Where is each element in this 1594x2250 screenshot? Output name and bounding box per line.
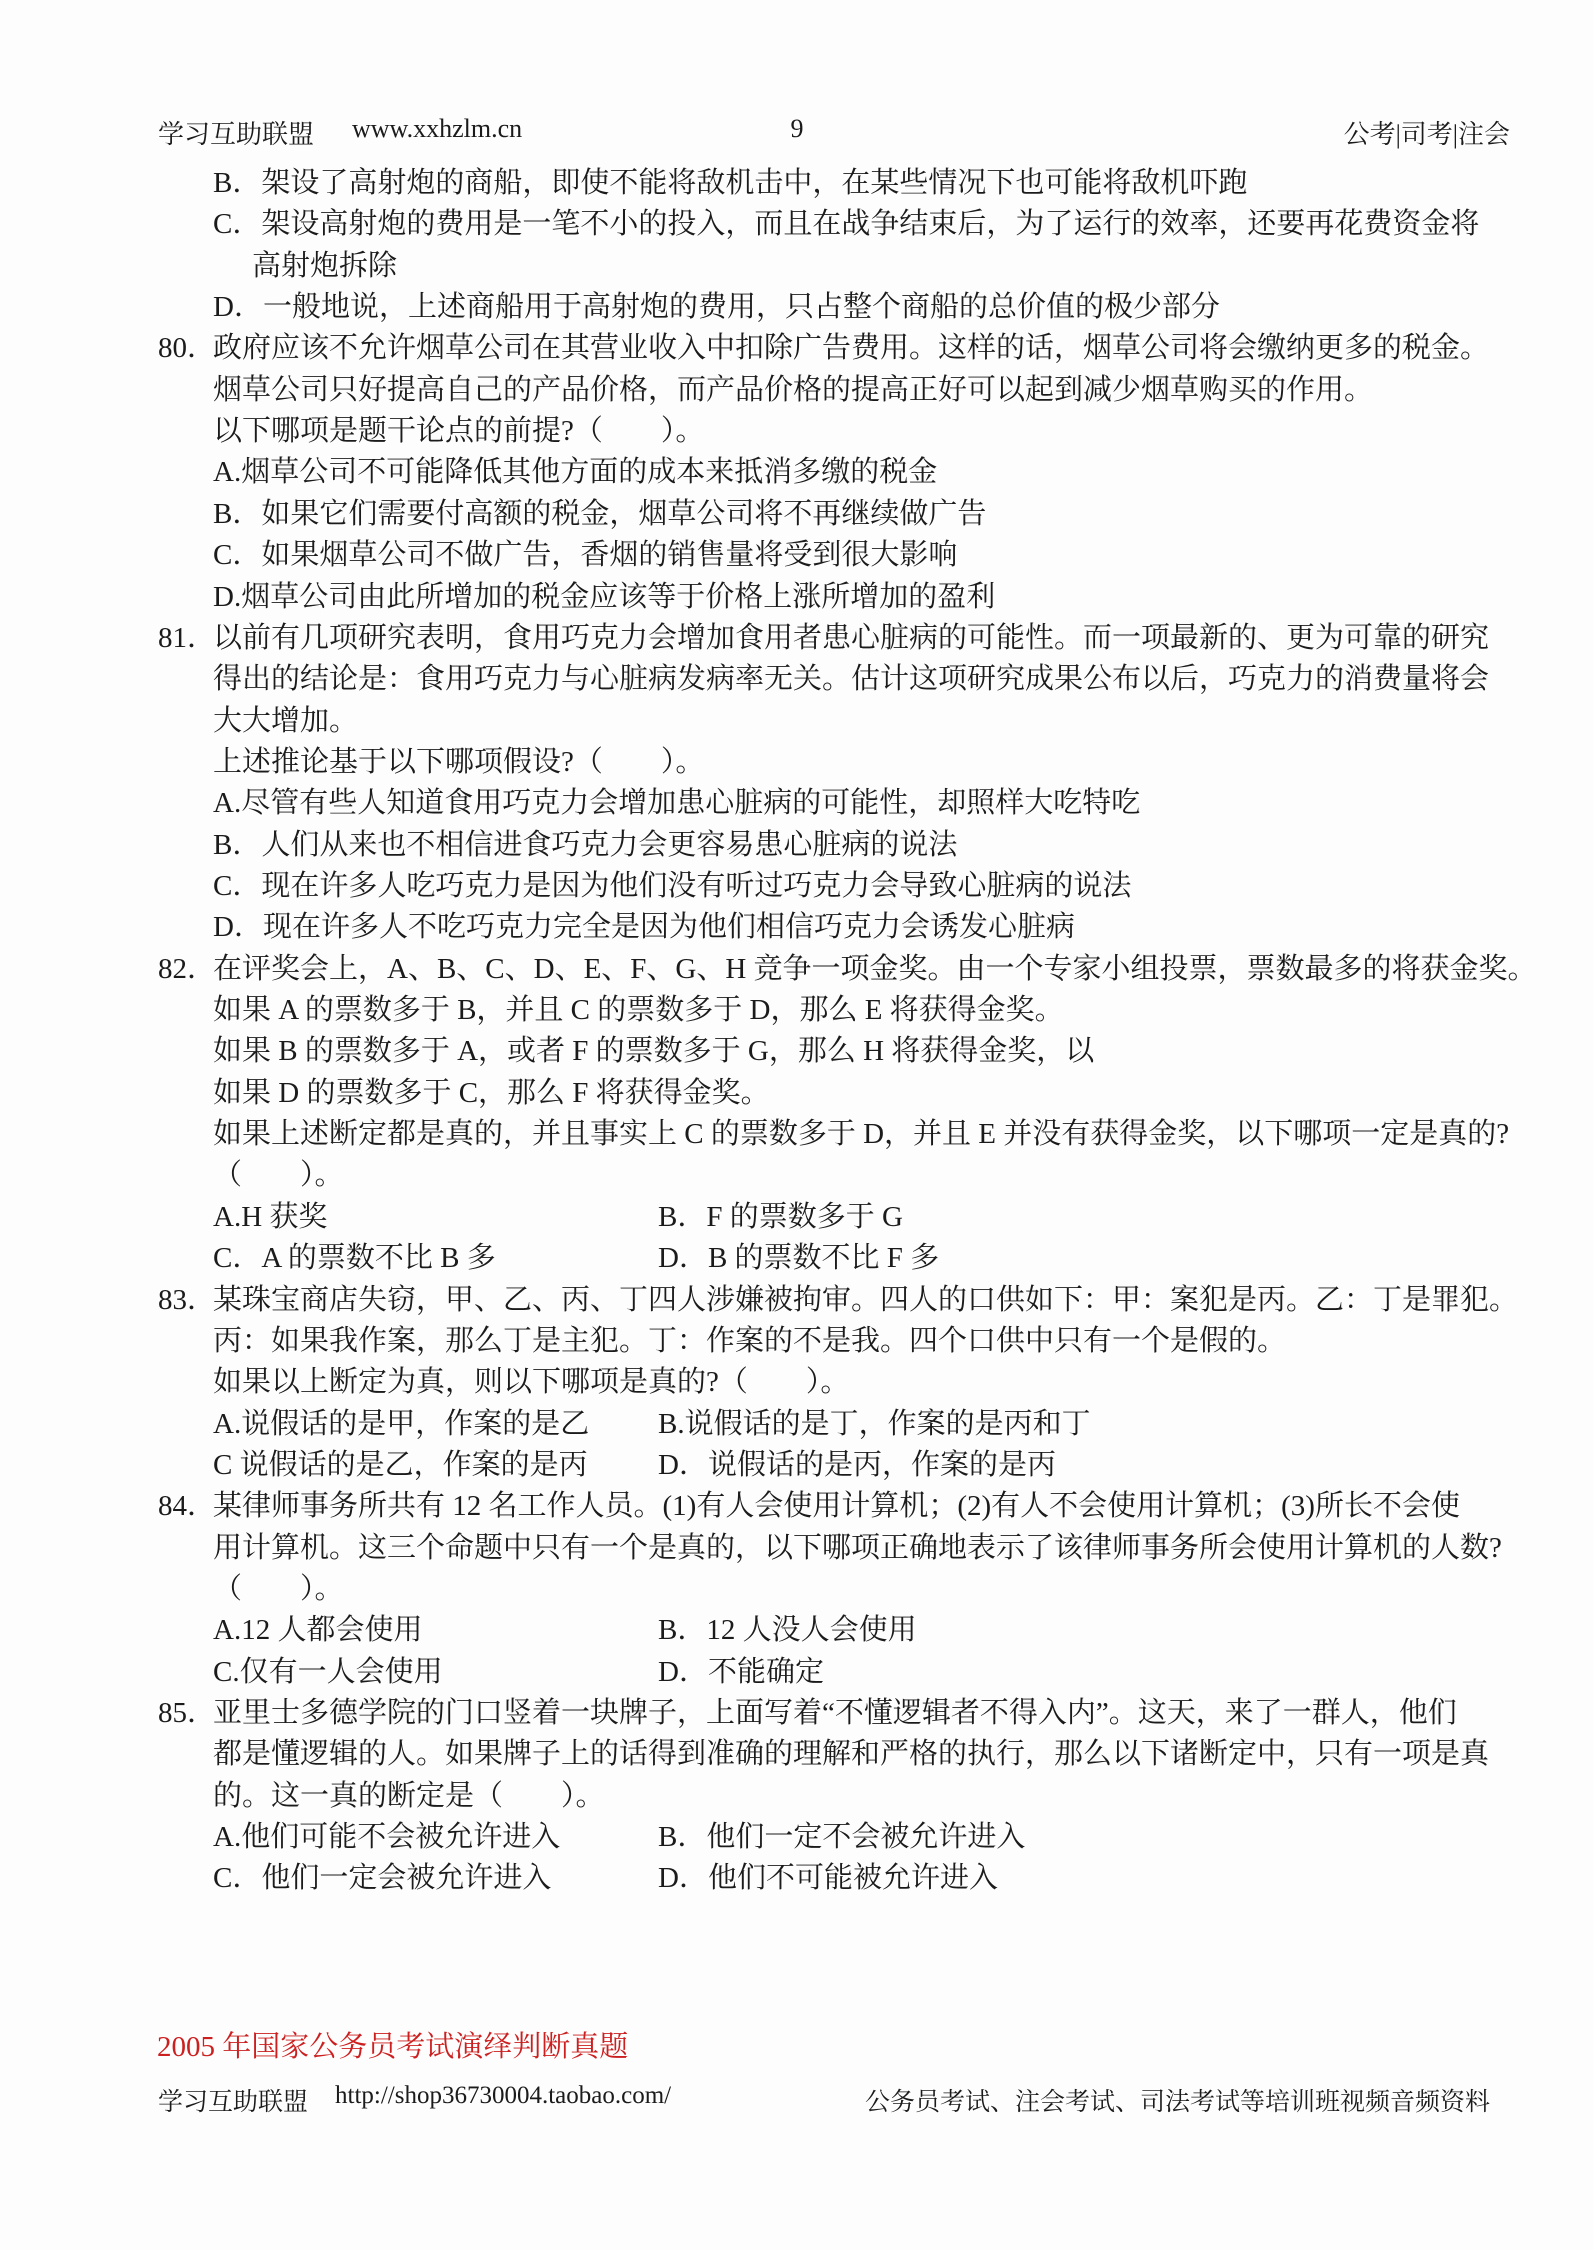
question-cont-line: 大大增加。: [0, 701, 1594, 743]
options-2col-line: C．A 的票数不比 B 多D．B 的票数不比 F 多: [0, 1238, 1594, 1280]
option-text: A.尽管有些人知道食用巧克力会增加患心脏病的可能性，却照样大吃特吃: [213, 783, 1140, 823]
question-line: 83．某珠宝商店失窃，甲、乙、丙、丁四人涉嫌被拘审。四人的口供如下：甲：案犯是丙…: [0, 1280, 1594, 1322]
question-cont-line: 都是懂逻辑的人。如果牌子上的话得到准确的理解和严格的执行，那么以下诸断定中，只有…: [0, 1734, 1594, 1776]
question-line: 84．某律师事务所共有 12 名工作人员。(1)有人会使用计算机；(2)有人不会…: [0, 1486, 1594, 1528]
question-line: 80．政府应该不允许烟草公司在其营业收入中扣除广告费用。这样的话，烟草公司将会缴…: [0, 328, 1594, 370]
question-text: 如果以上断定为真，则以下哪项是真的?（ ）。: [213, 1362, 849, 1402]
question-cont-line: （ ）。: [0, 1569, 1594, 1611]
option-text-right: D．说假话的是丙，作案的是丙: [658, 1445, 1056, 1485]
question-text: 亚里士多德学院的门口竖着一块牌子，上面写着“不懂逻辑者不得入内”。这天，来了一群…: [213, 1693, 1457, 1733]
question-text: （ ）。: [213, 1155, 344, 1195]
option-text-left: C．A 的票数不比 B 多: [213, 1238, 496, 1278]
question-text: 大大增加。: [213, 701, 358, 741]
question-line: 81．以前有几项研究表明，食用巧克力会增加食用者患心脏病的可能性。而一项最新的、…: [0, 618, 1594, 660]
option-text-left: C 说假话的是乙，作案的是丙: [213, 1445, 588, 1485]
option-text-right: D．他们不可能被允许进入: [658, 1858, 998, 1898]
question-number: 85．: [158, 1693, 216, 1733]
footer-materials-text: 公务员考试、注会考试、司法考试等培训班视频音频资料: [865, 2082, 1490, 2118]
question-text: 如果 A 的票数多于 B，并且 C 的票数多于 D，那么 E 将获得金奖。: [213, 990, 1064, 1030]
options-2col-line: A.H 获奖B．F 的票数多于 G: [0, 1197, 1594, 1239]
question-cont-line: 烟草公司只好提高自己的产品价格，而产品价格的提高正好可以起到减少烟草购买的作用。: [0, 370, 1594, 412]
option-text-left: A.说假话的是甲，作案的是乙: [213, 1404, 589, 1444]
question-text: 得出的结论是：食用巧克力与心脏病发病率无关。估计这项研究成果公布以后，巧克力的消…: [213, 659, 1489, 699]
option-text: B．架设了高射炮的商船，即使不能将敌机击中，在某些情况下也可能将敌机吓跑: [213, 163, 1247, 203]
option-text-left: A.H 获奖: [213, 1197, 327, 1237]
options-2col-line: A.他们可能不会被允许进入B．他们一定不会被允许进入: [0, 1817, 1594, 1859]
option-text: D．现在许多人不吃巧克力完全是因为他们相信巧克力会诱发心脏病: [213, 907, 1075, 947]
option-text-left: C．他们一定会被允许进入: [213, 1858, 551, 1898]
options-2col-line: A.12 人都会使用B．12 人没人会使用: [0, 1610, 1594, 1652]
question-text: （ ）。: [213, 1569, 344, 1609]
question-cont-line: 如果 A 的票数多于 B，并且 C 的票数多于 D，那么 E 将获得金奖。: [0, 990, 1594, 1032]
options-2col-line: C．他们一定会被允许进入D．他们不可能被允许进入: [0, 1858, 1594, 1900]
option-text: C．现在许多人吃巧克力是因为他们没有听过巧克力会导致心脏病的说法: [213, 866, 1131, 906]
question-cont-line: 上述推论基于以下哪项假设?（ ）。: [0, 742, 1594, 784]
option-line: D.烟草公司由此所增加的税金应该等于价格上涨所增加的盈利: [0, 577, 1594, 619]
option-text: D．一般地说，上述商船用于高射炮的费用，只占整个商船的总价值的极少部分: [213, 287, 1220, 327]
option-line: D．现在许多人不吃巧克力完全是因为他们相信巧克力会诱发心脏病: [0, 907, 1594, 949]
option-text-left: A.12 人都会使用: [213, 1610, 422, 1650]
question-text: 某珠宝商店失窃，甲、乙、丙、丁四人涉嫌被拘审。四人的口供如下：甲：案犯是丙。乙：…: [213, 1280, 1518, 1320]
option-text-right: B．F 的票数多于 G: [658, 1197, 903, 1237]
option-line: A.烟草公司不可能降低其他方面的成本来抵消多缴的税金: [0, 452, 1594, 494]
question-text: 以下哪项是题干论点的前提?（ ）。: [213, 411, 704, 451]
question-line: 82．在评奖会上，A、B、C、D、E、F、G、H 竞争一项金奖。由一个专家小组投…: [0, 949, 1594, 991]
document-page: 学习互助联盟 www.xxhzlm.cn 9 公考|司考|注会 B．架设了高射炮…: [0, 0, 1594, 2250]
header-category-tags: 公考|司考|注会: [1344, 114, 1510, 151]
question-number: 80．: [158, 328, 216, 368]
question-cont-line: （ ）。: [0, 1155, 1594, 1197]
question-text: 如果上述断定都是真的，并且事实上 C 的票数多于 D，并且 E 并没有获得金奖，…: [213, 1114, 1509, 1154]
question-number: 83．: [158, 1280, 216, 1320]
question-text: 都是懂逻辑的人。如果牌子上的话得到准确的理解和严格的执行，那么以下诸断定中，只有…: [213, 1734, 1489, 1774]
question-text: 丙：如果我作案，那么丁是主犯。丁：作案的不是我。四个口供中只有一个是假的。: [213, 1321, 1286, 1361]
option-line: C．如果烟草公司不做广告，香烟的销售量将受到很大影响: [0, 535, 1594, 577]
question-text: 烟草公司只好提高自己的产品价格，而产品价格的提高正好可以起到减少烟草购买的作用。: [213, 370, 1373, 410]
option-text-right: B．12 人没人会使用: [658, 1610, 917, 1650]
question-cont-line: 如果 B 的票数多于 A，或者 F 的票数多于 G，那么 H 将获得金奖，以: [0, 1031, 1594, 1073]
option-line: D．一般地说，上述商船用于高射炮的费用，只占整个商船的总价值的极少部分: [0, 287, 1594, 329]
question-text: 在评奖会上，A、B、C、D、E、F、G、H 竞争一项金奖。由一个专家小组投票，票…: [213, 949, 1537, 989]
option-cont-line: 高射炮拆除: [0, 246, 1594, 288]
question-text: 以前有几项研究表明，食用巧克力会增加食用者患心脏病的可能性。而一项最新的、更为可…: [213, 618, 1489, 658]
option-text: B．人们从来也不相信进食巧克力会更容易患心脏病的说法: [213, 825, 957, 865]
options-2col-line: C 说假话的是乙，作案的是丙D．说假话的是丙，作案的是丙: [0, 1445, 1594, 1487]
question-cont-line: 以下哪项是题干论点的前提?（ ）。: [0, 411, 1594, 453]
option-text-left: C.仅有一人会使用: [213, 1652, 443, 1692]
question-line: 85．亚里士多德学院的门口竖着一块牌子，上面写着“不懂逻辑者不得入内”。这天，来…: [0, 1693, 1594, 1735]
question-text: 政府应该不允许烟草公司在其营业收入中扣除广告费用。这样的话，烟草公司将会缴纳更多…: [213, 328, 1489, 368]
footer-shop-url: http://shop36730004.taobao.com/: [335, 2082, 671, 2110]
document-body: B．架设了高射炮的商船，即使不能将敌机击中，在某些情况下也可能将敌机吓跑C．架设…: [0, 163, 1594, 1923]
option-text: C．如果烟草公司不做广告，香烟的销售量将受到很大影响: [213, 535, 957, 575]
options-2col-line: A.说假话的是甲，作案的是乙B.说假话的是丁，作案的是丙和丁: [0, 1404, 1594, 1446]
question-text: 如果 B 的票数多于 A，或者 F 的票数多于 G，那么 H 将获得金奖，以: [213, 1031, 1094, 1071]
question-cont-line: 丙：如果我作案，那么丁是主犯。丁：作案的不是我。四个口供中只有一个是假的。: [0, 1321, 1594, 1363]
option-line: B．架设了高射炮的商船，即使不能将敌机击中，在某些情况下也可能将敌机吓跑: [0, 163, 1594, 205]
option-text-right: B.说假话的是丁，作案的是丙和丁: [658, 1404, 1091, 1444]
question-text: 某律师事务所共有 12 名工作人员。(1)有人会使用计算机；(2)有人不会使用计…: [213, 1486, 1460, 1526]
question-cont-line: 如果上述断定都是真的，并且事实上 C 的票数多于 D，并且 E 并没有获得金奖，…: [0, 1114, 1594, 1156]
option-text-right: D．B 的票数不比 F 多: [658, 1238, 939, 1278]
question-cont-line: 如果以上断定为真，则以下哪项是真的?（ ）。: [0, 1362, 1594, 1404]
option-text-left: A.他们可能不会被允许进入: [213, 1817, 560, 1857]
option-line: C．架设高射炮的费用是一笔不小的投入，而且在战争结束后，为了运行的效率，还要再花…: [0, 204, 1594, 246]
question-text: 用计算机。这三个命题中只有一个是真的，以下哪项正确地表示了该律师事务所会使用计算…: [213, 1528, 1502, 1568]
option-text: A.烟草公司不可能降低其他方面的成本来抵消多缴的税金: [213, 452, 937, 492]
question-text: 上述推论基于以下哪项假设?（ ）。: [213, 742, 704, 782]
option-line: B．如果它们需要付高额的税金，烟草公司将不再继续做广告: [0, 494, 1594, 536]
option-line: A.尽管有些人知道食用巧克力会增加患心脏病的可能性，却照样大吃特吃: [0, 783, 1594, 825]
question-cont-line: 的。这一真的断定是（ ）。: [0, 1776, 1594, 1818]
question-number: 81．: [158, 618, 216, 658]
option-line: B．人们从来也不相信进食巧克力会更容易患心脏病的说法: [0, 825, 1594, 867]
question-cont-line: 用计算机。这三个命题中只有一个是真的，以下哪项正确地表示了该律师事务所会使用计算…: [0, 1528, 1594, 1570]
option-text-right: B．他们一定不会被允许进入: [658, 1817, 1025, 1857]
question-cont-line: 如果 D 的票数多于 C，那么 F 将获得金奖。: [0, 1073, 1594, 1115]
option-text: B．如果它们需要付高额的税金，烟草公司将不再继续做广告: [213, 494, 986, 534]
option-line: C．现在许多人吃巧克力是因为他们没有听过巧克力会导致心脏病的说法: [0, 866, 1594, 908]
question-cont-line: 得出的结论是：食用巧克力与心脏病发病率无关。估计这项研究成果公布以后，巧克力的消…: [0, 659, 1594, 701]
question-number: 82．: [158, 949, 216, 989]
option-text-right: D．不能确定: [658, 1652, 824, 1692]
question-text: 如果 D 的票数多于 C，那么 F 将获得金奖。: [213, 1073, 770, 1113]
option-text: 高射炮拆除: [252, 246, 397, 286]
question-number: 84．: [158, 1486, 216, 1526]
option-text: D.烟草公司由此所增加的税金应该等于价格上涨所增加的盈利: [213, 577, 995, 617]
footer-site-name: 学习互助联盟: [158, 2082, 308, 2118]
question-text: 的。这一真的断定是（ ）。: [213, 1776, 605, 1816]
section-title-red: 2005 年国家公务员考试演绎判断真题: [157, 2024, 628, 2065]
options-2col-line: C.仅有一人会使用D．不能确定: [0, 1652, 1594, 1694]
option-text: C．架设高射炮的费用是一笔不小的投入，而且在战争结束后，为了运行的效率，还要再花…: [213, 204, 1479, 244]
